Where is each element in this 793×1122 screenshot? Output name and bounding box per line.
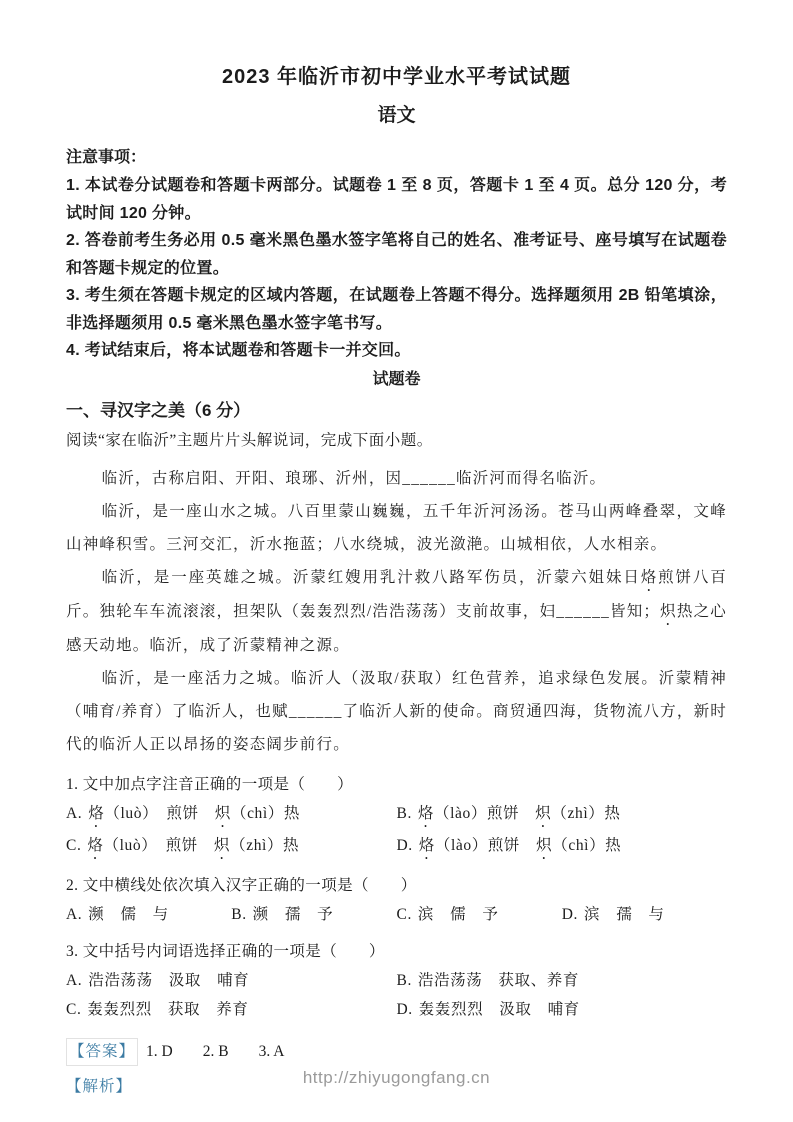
question-1: 1. 文中加点字注音正确的一项是（ ） A.烙（luò） 煎饼 炽（chì）热 … xyxy=(66,771,727,863)
page-content: 2023 年临沂市初中学业水平考试试题 语文 注意事项： 1. 本试卷分试题卷和… xyxy=(0,0,793,1100)
option-label: C. xyxy=(397,906,412,923)
exam-document-page: 2023 年临沂市初中学业水平考试试题 语文 注意事项： 1. 本试卷分试题卷和… xyxy=(0,0,793,1122)
option-label: A. xyxy=(66,805,82,822)
question-3-options: A.浩浩荡荡 汲取 哺育 B.浩浩荡荡 获取、养育 C.轰轰烈烈 获取 养育 D… xyxy=(66,966,727,1024)
answer-item-2: 2. B xyxy=(203,1039,229,1065)
notice-item-2: 2. 答卷前考生务必用 0.5 毫米黑色墨水签字笔将自己的姓名、准考证号、座号填… xyxy=(66,227,727,282)
question-1-option-c: C.烙（luò） 煎饼 炽（zhì）热 xyxy=(66,831,397,863)
passage-paragraph-2: 临沂，是一座山水之城。八百里蒙山巍巍，五千年沂河汤汤。苍马山两峰叠翠，文峰山神峰… xyxy=(66,495,727,561)
question-2-option-a: A.濒 儒 与 xyxy=(66,900,231,929)
watermark-link[interactable]: http://zhiyugongfang.cn xyxy=(0,1068,793,1088)
page-title: 2023 年临沂市初中学业水平考试试题 xyxy=(66,62,727,92)
option-label: B. xyxy=(397,972,412,989)
notice-item-4: 4. 考试结束后，将本试题卷和答题卡一并交回。 xyxy=(66,337,727,365)
question-2-stem: 2. 文中横线处依次填入汉字正确的一项是（ ） xyxy=(66,872,727,900)
question-2: 2. 文中横线处依次填入汉字正确的一项是（ ） A.濒 儒 与 B.濒 孺 予 … xyxy=(66,872,727,929)
option-label: C. xyxy=(66,1001,81,1018)
option-label: A. xyxy=(66,906,82,923)
question-2-option-b: B.濒 孺 予 xyxy=(231,900,396,929)
question-1-stem: 1. 文中加点字注音正确的一项是（ ） xyxy=(66,771,727,799)
passage-paragraph-4: 临沂，是一座活力之城。临沂人（汲取/获取）红色营养，追求绿色发展。沂蒙精神（哺育… xyxy=(66,662,727,761)
subject-title: 语文 xyxy=(66,102,727,130)
question-1-option-b: B.烙（lào）煎饼 炽（zhì）热 xyxy=(397,799,728,831)
option-text: 轰轰烈烈 汲取 哺育 xyxy=(419,1001,580,1018)
paper-section-heading: 试题卷 xyxy=(66,368,727,392)
notice-item-1: 1. 本试卷分试题卷和答题卡两部分。试题卷 1 至 8 页，答题卡 1 至 4 … xyxy=(66,172,727,227)
option-text: 濒 孺 予 xyxy=(253,906,334,923)
reading-intro: 阅读“家在临沂”主题片片头解说词，完成下面小题。 xyxy=(66,428,727,454)
option-label: B. xyxy=(231,906,246,923)
option-label: D. xyxy=(397,837,413,854)
option-label: D. xyxy=(562,906,578,923)
option-label: B. xyxy=(397,805,412,822)
question-3: 3. 文中括号内词语选择正确的一项是（ ） A.浩浩荡荡 汲取 哺育 B.浩浩荡… xyxy=(66,938,727,1024)
option-text: 浩浩荡荡 汲取 哺育 xyxy=(88,972,249,989)
option-text: 轰轰烈烈 获取 养育 xyxy=(87,1001,248,1018)
notice-heading: 注意事项： xyxy=(66,144,727,172)
option-text: 烙（lào）煎饼 炽（chì）热 xyxy=(419,837,622,854)
answer-item-3: 3. A xyxy=(259,1039,285,1065)
option-text: 浩浩荡荡 获取、养育 xyxy=(418,972,579,989)
option-text: 滨 儒 予 xyxy=(418,906,499,923)
passage-paragraph-1: 临沂，古称启阳、开阳、琅琊、沂州，因______临沂河而得名临沂。 xyxy=(66,462,727,495)
question-3-option-b: B.浩浩荡荡 获取、养育 xyxy=(397,966,728,995)
notice-section: 注意事项： 1. 本试卷分试题卷和答题卡两部分。试题卷 1 至 8 页，答题卡 … xyxy=(66,144,727,365)
question-3-option-d: D.轰轰烈烈 汲取 哺育 xyxy=(397,995,728,1024)
notice-item-3: 3. 考生须在答题卡规定的区域内答题，在试题卷上答题不得分。选择题须用 2B 铅… xyxy=(66,282,727,337)
option-text: 滨 孺 与 xyxy=(584,906,665,923)
passage-paragraph-3: 临沂，是一座英雄之城。沂蒙红嫂用乳汁救八路军伤员，沂蒙六姐妹日烙煎饼八百斤。独轮… xyxy=(66,561,727,662)
question-list: 1. 文中加点字注音正确的一项是（ ） A.烙（luò） 煎饼 炽（chì）热 … xyxy=(66,771,727,1024)
question-2-options: A.濒 儒 与 B.濒 孺 予 C.滨 儒 予 D.滨 孺 与 xyxy=(66,900,727,929)
option-text: 烙（lào）煎饼 炽（zhì）热 xyxy=(418,805,621,822)
option-label: A. xyxy=(66,972,82,989)
option-text: 濒 儒 与 xyxy=(88,906,169,923)
option-text: 烙（luò） 煎饼 炽（chì）热 xyxy=(88,805,300,822)
question-1-option-d: D.烙（lào）煎饼 炽（chì）热 xyxy=(397,831,728,863)
option-label: C. xyxy=(66,837,81,854)
option-text: 烙（luò） 煎饼 炽（zhì）热 xyxy=(87,837,299,854)
answer-label: 【答案】 xyxy=(66,1038,138,1066)
question-3-option-c: C.轰轰烈烈 获取 养育 xyxy=(66,995,397,1024)
part-one-heading: 一、寻汉字之美（6 分） xyxy=(66,398,727,424)
answer-item-1: 1. D xyxy=(146,1039,173,1065)
question-3-stem: 3. 文中括号内词语选择正确的一项是（ ） xyxy=(66,938,727,966)
question-1-option-a: A.烙（luò） 煎饼 炽（chì）热 xyxy=(66,799,397,831)
answer-row: 【答案】 1. D 2. B 3. A xyxy=(66,1038,727,1066)
option-label: D. xyxy=(397,1001,413,1018)
question-1-options: A.烙（luò） 煎饼 炽（chì）热 B.烙（lào）煎饼 炽（zhì）热 C… xyxy=(66,799,727,863)
question-2-option-c: C.滨 儒 予 xyxy=(397,900,562,929)
reading-passage: 临沂，古称启阳、开阳、琅琊、沂州，因______临沂河而得名临沂。 临沂，是一座… xyxy=(66,462,727,761)
question-3-option-a: A.浩浩荡荡 汲取 哺育 xyxy=(66,966,397,995)
question-2-option-d: D.滨 孺 与 xyxy=(562,900,727,929)
